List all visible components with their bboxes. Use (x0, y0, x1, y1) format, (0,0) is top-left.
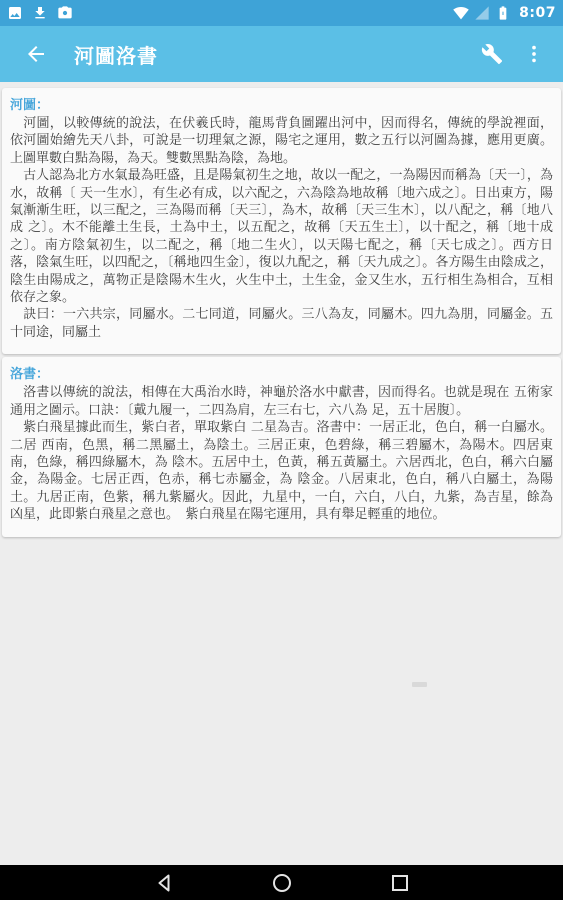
status-bar-clock: 8:07 (519, 5, 556, 21)
image-icon (7, 5, 23, 21)
page-title: 河圖洛書 (74, 40, 158, 69)
camera-icon (57, 5, 73, 21)
luoshu-paragraph-1: 洛書以傳統的說法，相傳在大禹治水時，神龜於洛水中獻書，因而得名。也就是現在 五術… (10, 384, 553, 419)
hetu-heading: 河圖： (10, 97, 553, 114)
luoshu-paragraph-2: 紫白飛星據此而生，紫白者，單取紫白 二星為吉。洛書中：一居正北，色白，稱一白屬水… (10, 419, 553, 523)
android-screen: 8:07 河圖洛書 河圖： 河圖，以較傳統的說法，在伏羲氏時，龍馬背負圖躍出河中… (0, 0, 563, 900)
battery-icon (495, 5, 511, 21)
status-bar-system-icons: 8:07 (453, 5, 556, 21)
home-icon[interactable] (270, 871, 294, 895)
luoshu-card: 洛書： 洛書以傳統的說法，相傳在大禹治水時，神龜於洛水中獻書，因而得名。也就是現… (2, 357, 561, 536)
wrench-icon[interactable] (481, 43, 503, 65)
hetu-paragraph-2: 古人認為北方水氣最為旺盛，且是陽氣初生之地，故以一配之，一為陽因而稱為〔天一〕，… (10, 167, 553, 306)
wifi-icon (453, 5, 469, 21)
back-icon[interactable] (152, 871, 176, 895)
hetu-paragraph-3: 訣曰：一六共宗，同屬水。二七同道，同屬火。三八為友，同屬木。四九為朋，同屬金。五… (10, 306, 553, 341)
content-area[interactable]: 河圖： 河圖，以較傳統的說法，在伏羲氏時，龍馬背負圖躍出河中，因而得名，傳統的學… (0, 82, 563, 865)
overflow-menu-icon[interactable] (523, 43, 545, 65)
hetu-card: 河圖： 河圖，以較傳統的說法，在伏羲氏時，龍馬背負圖躍出河中，因而得名，傳統的學… (2, 88, 561, 354)
recents-icon[interactable] (388, 871, 412, 895)
cellular-signal-icon (474, 5, 490, 21)
status-bar: 8:07 (0, 0, 563, 26)
luoshu-heading: 洛書： (10, 366, 553, 383)
stray-mark (412, 682, 427, 687)
hetu-paragraph-1: 河圖，以較傳統的說法，在伏羲氏時，龍馬背負圖躍出河中，因而得名，傳統的學說裡面，… (10, 115, 553, 167)
app-bar: 河圖洛書 (0, 26, 563, 82)
navigation-bar (0, 865, 563, 900)
download-icon (32, 5, 48, 21)
back-arrow-icon[interactable] (24, 42, 48, 66)
status-bar-notifications (7, 5, 73, 21)
